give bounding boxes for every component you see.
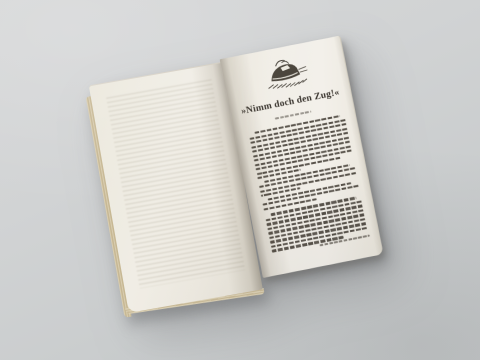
open-book: »Nimm doch den Zug!« [83, 34, 402, 319]
photo-backdrop: »Nimm doch den Zug!« [0, 0, 480, 360]
